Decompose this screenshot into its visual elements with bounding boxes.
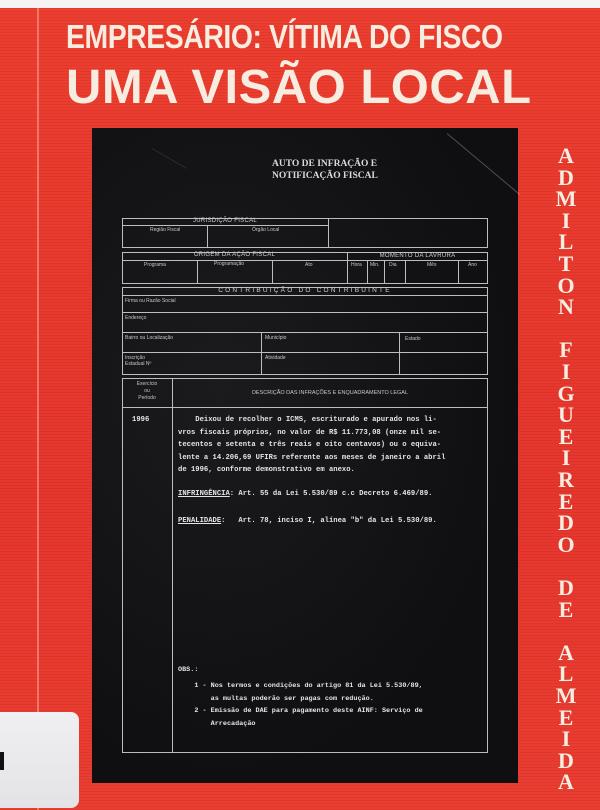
author-letter: M xyxy=(548,686,584,707)
obs-notes: 1 - Nos termos e condições do artigo 81 … xyxy=(178,680,423,730)
author-letter: A xyxy=(548,146,584,167)
infraction-description: Deixou de recolher o ICMS, escriturado e… xyxy=(178,414,445,477)
divider xyxy=(405,260,406,284)
document-title-line-1: AUTO DE INFRAÇÃO E xyxy=(272,158,392,170)
divider xyxy=(261,332,262,375)
label-atividade: Atividade xyxy=(265,355,286,361)
divider xyxy=(328,218,329,248)
infringencia-text: : Art. 55 da Lei 5.530/89 c.c Decreto 6.… xyxy=(230,490,433,498)
label-dia: Dia xyxy=(389,262,397,268)
penalidade-text: : Art. 78, inciso I, alínea "b" da Lei 5… xyxy=(221,517,437,525)
divider xyxy=(197,260,198,284)
divider xyxy=(272,260,273,284)
label-orgao-local: Órgão Local xyxy=(252,227,279,233)
divider xyxy=(207,225,208,248)
author-letter: N xyxy=(548,297,584,318)
author-letter: D xyxy=(548,578,584,599)
cover-title-line-1: EMPRESÁRIO: VÍTIMA DO FISCO xyxy=(66,18,487,56)
library-label-sticker xyxy=(0,712,79,808)
section-origem: ORIGEM DA AÇÃO FISCAL xyxy=(122,252,347,258)
divider xyxy=(122,332,488,333)
divider xyxy=(122,312,488,313)
divider xyxy=(122,352,488,353)
author-letter: U xyxy=(548,405,584,426)
author-letter: R xyxy=(548,470,584,491)
divider xyxy=(384,260,385,284)
section-contribuinte: CONTRIBUIÇÃO DO CONTRIBUINTE xyxy=(122,287,488,294)
label-inscricao-estadual: Estadual Nº xyxy=(125,361,151,367)
cover-title-line-2: UMA VISÃO LOCAL xyxy=(66,60,532,115)
author-letter: D xyxy=(548,513,584,534)
section-jurisdicao: JURISDIÇÃO FISCAL xyxy=(122,218,328,224)
label-exercicio: Exercício ou Período xyxy=(122,381,172,402)
document-title: AUTO DE INFRAÇÃO E NOTIFICAÇÃO FISCAL xyxy=(272,158,392,182)
label-hora: Hora xyxy=(351,262,362,268)
label-exercicio-1: Exercício xyxy=(122,381,172,388)
divider xyxy=(458,260,459,284)
divider xyxy=(122,407,488,408)
page-top-edge xyxy=(0,0,600,8)
label-regiao-fiscal: Região Fiscal xyxy=(150,227,180,233)
divider xyxy=(122,225,328,226)
author-letter: A xyxy=(548,772,584,793)
section-momento: MOMENTO DA LAVRURA xyxy=(347,253,488,259)
label-ano: Ano xyxy=(468,262,477,268)
author-letter: O xyxy=(548,535,584,556)
author-letter: E xyxy=(548,600,584,621)
author-letter: T xyxy=(548,254,584,275)
contribuinte-box xyxy=(122,287,488,375)
period-value: 1996 xyxy=(132,414,149,427)
document-panel: AUTO DE INFRAÇÃO E NOTIFICAÇÃO FISCAL JU… xyxy=(92,128,518,783)
library-label-mark xyxy=(0,752,4,770)
divider xyxy=(172,378,173,753)
divider xyxy=(399,332,400,375)
scratch-line xyxy=(447,133,520,195)
label-mes: Mês xyxy=(427,262,436,268)
label-programacao: Programação xyxy=(214,261,244,267)
infringencia-label: INFRINGÊNCIA xyxy=(178,490,230,498)
penalidade-label: PENALIDADE xyxy=(178,517,221,525)
author-letter: I xyxy=(548,729,584,750)
divider xyxy=(122,260,488,261)
label-endereco: Endereço xyxy=(125,315,146,321)
label-descricao-header: DESCRIÇÃO DAS INFRAÇÕES E ENQUADRAMENTO … xyxy=(172,390,488,396)
author-letter: M xyxy=(548,189,584,210)
label-bairro: Bairro ou Localização xyxy=(125,335,173,341)
document-title-line-2: NOTIFICAÇÃO FISCAL xyxy=(272,170,392,182)
label-exercicio-2: ou xyxy=(122,388,172,395)
scratch-line xyxy=(152,148,187,169)
label-exercicio-3: Período xyxy=(122,395,172,402)
label-ato: Ato xyxy=(305,262,313,268)
penalidade-line: PENALIDADE: Art. 78, inciso I, alínea "b… xyxy=(178,515,437,528)
label-municipio: Município xyxy=(265,335,286,341)
label-min: Min. xyxy=(370,262,379,268)
label-estado: Estado xyxy=(405,336,421,342)
spine-crease xyxy=(37,8,39,810)
label-programa: Programa xyxy=(144,262,166,268)
label-firma: Firma ou Razão Social xyxy=(125,298,176,304)
divider xyxy=(122,295,488,296)
infringencia-line: INFRINGÊNCIA: Art. 55 da Lei 5.530/89 c.… xyxy=(178,488,433,501)
obs-label: OBS.: xyxy=(178,664,198,677)
divider xyxy=(367,260,368,284)
author-letter: I xyxy=(548,362,584,383)
